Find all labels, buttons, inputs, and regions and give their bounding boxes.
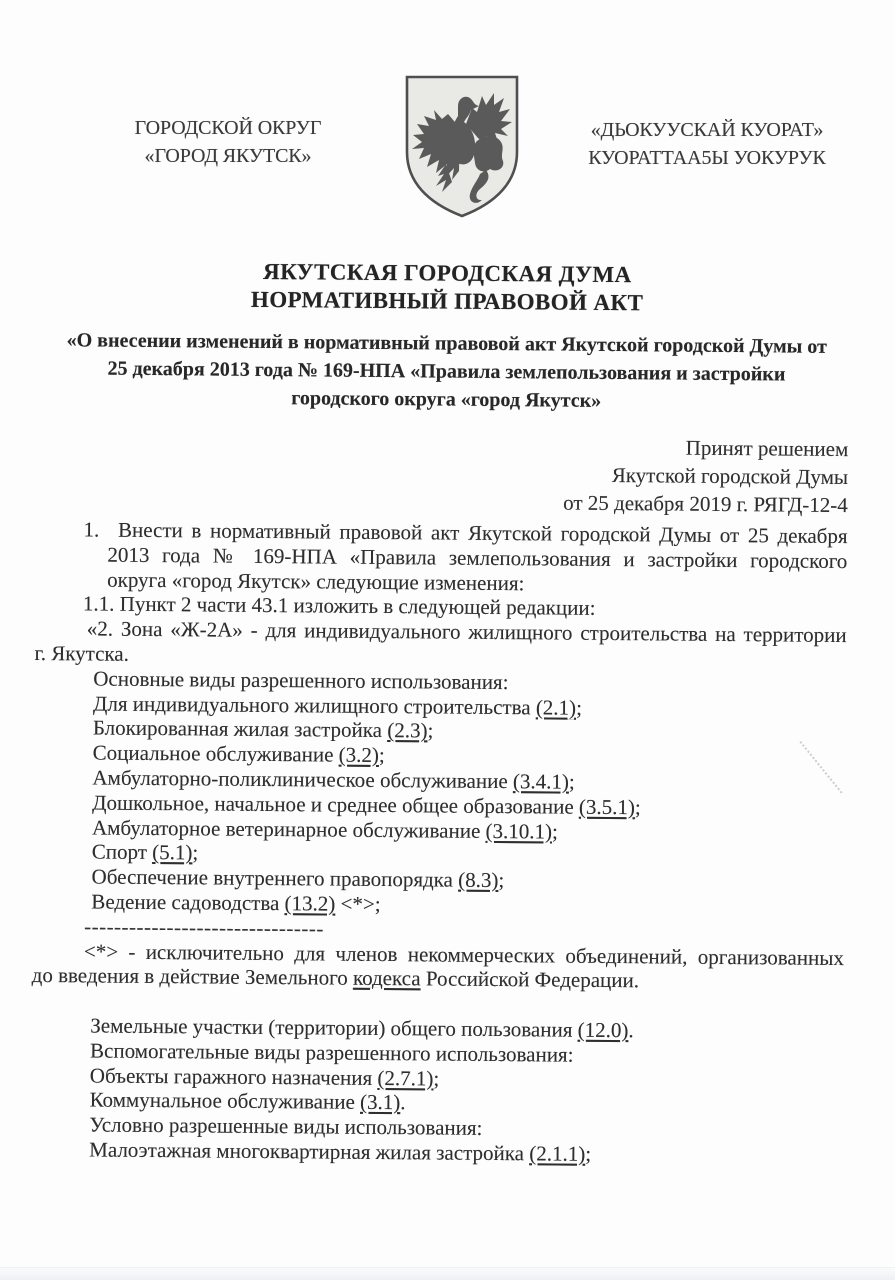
use-item: Малоэтажная многоквартирная жилая застро… xyxy=(89,1137,842,1168)
org-left-line1: ГОРОДСКОЙ ОКРУГ xyxy=(78,114,378,142)
letterhead: ГОРОДСКОЙ ОКРУГ «ГОРОД ЯКУТСК» «ДЬОКУ xyxy=(0,66,895,224)
use-code-link: (3.10.1) xyxy=(485,818,552,843)
use-code-link: (2.3) xyxy=(387,718,427,742)
use-code-link: (3.1) xyxy=(360,1090,400,1114)
org-right-line2: КУОРАТТАА5Ы УОКУРУК xyxy=(542,144,872,172)
scanned-document-page: ГОРОДСКОЙ ОКРУГ «ГОРОД ЯКУТСК» «ДЬОКУ xyxy=(0,0,895,1280)
document-subject: «О внесении изменений в нормативный прав… xyxy=(0,326,894,418)
org-left-line2: «ГОРОД ЯКУТСК» xyxy=(78,142,378,170)
use-code-link: (3.4.1) xyxy=(513,769,569,793)
use-code-link: (13.2) xyxy=(285,891,336,915)
org-right-line1: «ДЬОКУУСКАЙ КУОРАТ» xyxy=(542,116,872,144)
document-content: ЯКУТСКАЯ ГОРОДСКАЯ ДУМА НОРМАТИВНЫЙ ПРАВ… xyxy=(0,256,895,1169)
use-code-link: (5.1) xyxy=(152,840,192,864)
use-code-link: (2.1) xyxy=(536,695,576,719)
use-code-link: (8.3) xyxy=(458,868,498,892)
use-code-link: (2.7.1) xyxy=(377,1066,433,1090)
clause-1-marker: 1. xyxy=(84,517,110,541)
adoption-note: Принят решением Якутской городской Думы … xyxy=(36,428,849,519)
use-code-link: (3.5.1) xyxy=(579,794,635,818)
yakutsk-coat-of-arms-icon xyxy=(402,72,522,220)
codex-link: кодекса xyxy=(353,966,421,991)
org-name-russian: ГОРОДСКОЙ ОКРУГ «ГОРОД ЯКУТСК» xyxy=(78,114,378,170)
use-code-link: (2.1.1) xyxy=(529,1141,585,1165)
adoption-line3: от 25 декабря 2019 г. РЯГД-12-4 xyxy=(36,484,848,519)
org-name-sakha: «ДЬОКУУСКАЙ КУОРАТ» КУОРАТТАА5Ы УОКУРУК xyxy=(542,116,872,172)
use-code-link: (3.2) xyxy=(339,743,379,767)
use-code-link: (12.0) xyxy=(578,1018,629,1042)
scan-edge-strip xyxy=(0,1267,895,1280)
document-body: 1. Внести в нормативный правовой акт Яку… xyxy=(30,517,848,1169)
document-title: ЯКУТСКАЯ ГОРОДСКАЯ ДУМА НОРМАТИВНЫЙ ПРАВ… xyxy=(0,256,895,320)
